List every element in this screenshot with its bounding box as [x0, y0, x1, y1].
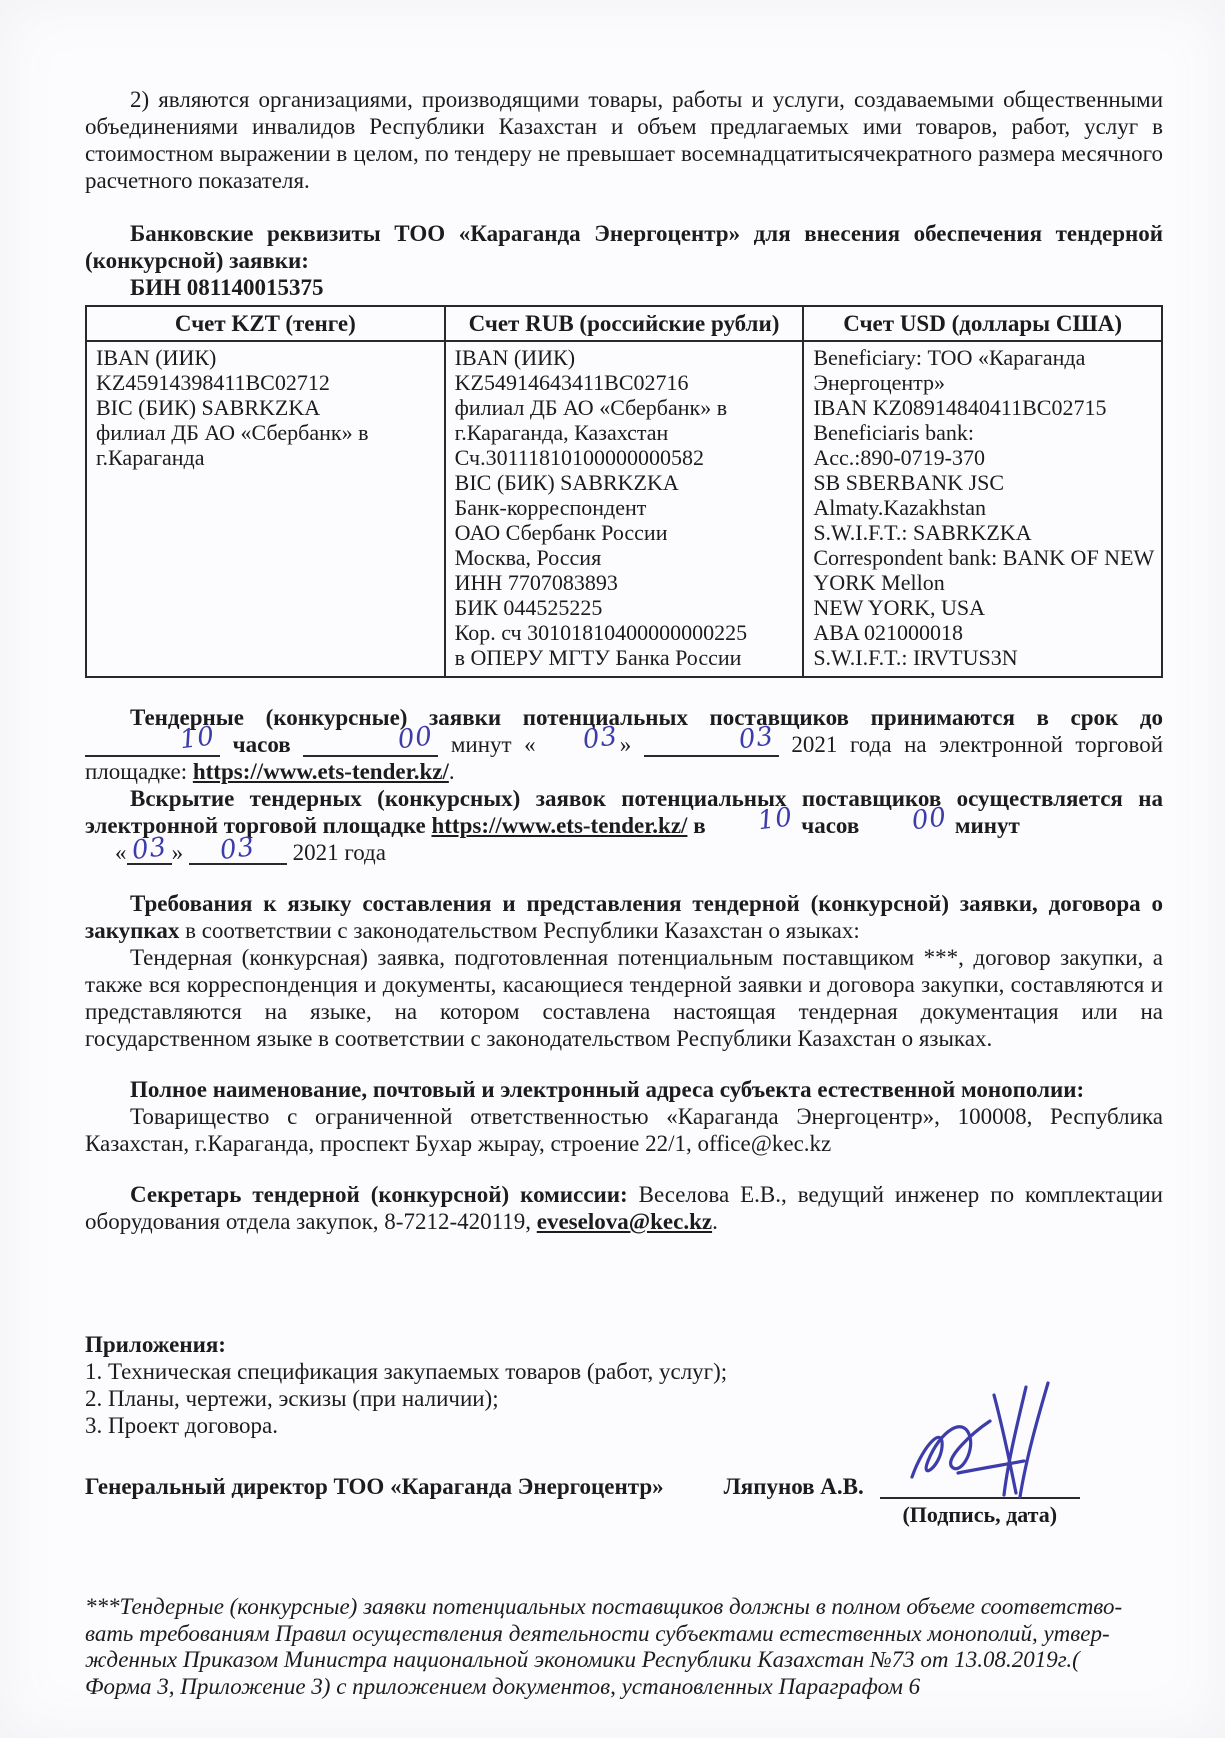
- attachment-item: 1. Техническая спецификация закупаемых т…: [85, 1358, 1163, 1385]
- handwritten-month: 03: [691, 726, 777, 756]
- handwritten-day-2: 03: [128, 837, 169, 862]
- period: .: [449, 759, 455, 784]
- attachments-section: Приложения: 1. Техническая спецификация …: [85, 1331, 1163, 1439]
- intro-paragraph: 2) являются организациями, производящими…: [85, 86, 1163, 194]
- director-title: Генеральный директор ТОО «Караганда Энер…: [85, 1473, 664, 1500]
- column-header-usd: Счет USD (доллары США): [803, 306, 1162, 341]
- opening-date-line: «03» 03 2021 года: [115, 839, 1163, 866]
- handwritten-month-blank: 03: [644, 731, 779, 757]
- ets-tender-url-2: https://www.ets-tender.kz/: [431, 813, 687, 838]
- year-text-2: 2021 года: [293, 840, 386, 865]
- close-quote: »: [172, 840, 184, 865]
- opening-paragraph: Вскрытие тендерных (конкурсных) заявок п…: [85, 785, 1163, 839]
- handwritten-hours-blank: 10: [85, 731, 220, 757]
- opening-v: в: [693, 813, 705, 838]
- signature-caption: (Подпись, дата): [880, 1501, 1080, 1528]
- secretary-email: eveselova@kec.kz: [537, 1209, 712, 1234]
- secretary-period: .: [712, 1209, 718, 1234]
- minutes-label: минут «: [451, 732, 536, 757]
- handwritten-minutes-2: 00: [864, 807, 950, 837]
- usd-account-cell: Beneficiary: ТОО «Караганда Энергоцентр»…: [803, 341, 1162, 677]
- ets-tender-url: https://www.ets-tender.kz/: [193, 759, 449, 784]
- bank-accounts-table: Счет KZT (тенге) Счет RUB (российские ру…: [85, 305, 1163, 678]
- attachment-item: 3. Проект договора.: [85, 1412, 1163, 1439]
- footnote-line: жденных Приказом Министра национальной э…: [85, 1647, 1163, 1674]
- signature-block: Генеральный директор ТОО «Караганда Энер…: [85, 1473, 1163, 1528]
- handwritten-hours-2: 10: [710, 807, 796, 837]
- monopoly-address: Товарищество с ограниченной ответственно…: [85, 1103, 1163, 1157]
- hours-label: часов: [233, 732, 291, 757]
- signature-line: [880, 1473, 1080, 1499]
- handwritten-minutes-blank: 00: [303, 731, 438, 757]
- footnote-line: ***Тендерные (конкурсные) заявки потенци…: [85, 1594, 1163, 1621]
- open-quote: «: [115, 840, 127, 865]
- rub-account-cell: IBAN (ИИК) KZ54914643411BC02716 филиал Д…: [445, 341, 804, 677]
- bin-number: БИН 081140015375: [85, 274, 1163, 301]
- table-body-row: IBAN (ИИК) KZ45914398411BC02712 BIC (БИК…: [86, 341, 1162, 677]
- handwritten-day-blank-2: 03: [127, 839, 172, 865]
- handwritten-minutes: 00: [350, 726, 436, 756]
- bank-requisites-heading: Банковские реквизиты ТОО «Караганда Энер…: [85, 220, 1163, 274]
- submission-text: Тендерные (конкурсные) заявки потенциаль…: [130, 705, 1163, 730]
- language-requirements-body: Тендерная (конкурсная) заявка, подготовл…: [85, 944, 1163, 1052]
- column-header-rub: Счет RUB (российские рубли): [445, 306, 804, 341]
- handwritten-month-2: 03: [217, 837, 258, 862]
- director-name: Ляпунов А.В.: [724, 1473, 864, 1500]
- document-content: 2) являются организациями, производящими…: [0, 0, 1225, 1700]
- footnote: ***Тендерные (конкурсные) заявки потенци…: [85, 1594, 1163, 1700]
- kzt-account-cell: IBAN (ИИК) KZ45914398411BC02712 BIC (БИК…: [86, 341, 445, 677]
- scanned-document-page: 2) являются организациями, производящими…: [0, 0, 1225, 1738]
- table-header-row: Счет KZT (тенге) Счет RUB (российские ру…: [86, 306, 1162, 341]
- language-heading-rest: в соответствии с законодательством Респу…: [185, 918, 860, 943]
- attachments-heading: Приложения:: [85, 1331, 1163, 1358]
- handwritten-month-blank-2: 03: [189, 839, 287, 865]
- signature-area: (Подпись, дата): [880, 1473, 1080, 1528]
- column-header-kzt: Счет KZT (тенге): [86, 306, 445, 341]
- submission-deadline-paragraph: Тендерные (конкурсные) заявки потенциаль…: [85, 704, 1163, 785]
- language-requirements-heading: Требования к языку составления и предста…: [85, 890, 1163, 944]
- closing-quote: »: [620, 732, 632, 757]
- secretary-heading-bold: Секретарь тендерной (конкурсной) комисси…: [130, 1182, 628, 1207]
- minutes-label-2: минут: [955, 813, 1020, 838]
- monopoly-heading: Полное наименование, почтовый и электрон…: [85, 1076, 1163, 1103]
- handwritten-hours: 10: [132, 726, 218, 756]
- secretary-paragraph: Секретарь тендерной (конкурсной) комисси…: [85, 1181, 1163, 1235]
- footnote-line: Форма 3, Приложение 3) с приложением док…: [85, 1674, 1163, 1701]
- attachment-item: 2. Планы, чертежи, эскизы (при наличии);: [85, 1385, 1163, 1412]
- monopoly-heading-bold: Полное наименование, почтовый и электрон…: [130, 1077, 1084, 1102]
- footnote-line: вать требованиям Правил осуществления де…: [85, 1621, 1163, 1648]
- handwritten-day: 03: [535, 726, 621, 756]
- hours-label-2: часов: [801, 813, 859, 838]
